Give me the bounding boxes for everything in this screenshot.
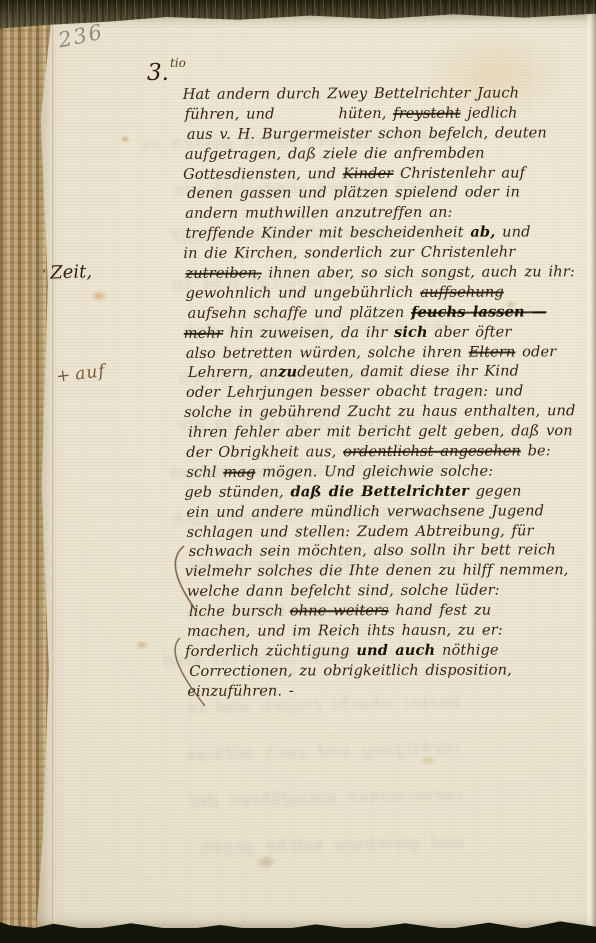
manuscript-line: ein und andere mündlich verwachsene Juge…: [186, 501, 588, 523]
ghost-line: und gleichwie solche gegen: [53, 819, 464, 875]
ghost-line: züchtigung und auch nöthige: [51, 725, 462, 781]
manuscript-line: andern muthwillen anzutreffen an:: [185, 202, 587, 224]
manuscript-line: schlagen und stellen: Zudem Abtreibung, …: [187, 521, 589, 543]
manuscript-line: oder Lehrjungen besser obacht tragen: un…: [186, 381, 588, 403]
manuscript-line: aufgetragen, daß ziele die anfrembden: [185, 143, 587, 165]
manuscript-line: aufsehn schaffe und plätzen feuchs lasse…: [188, 302, 588, 324]
manuscript-line: forderlich züchtigung und auch nöthige: [185, 640, 589, 662]
marginal-text: Zeit,: [50, 261, 93, 283]
manuscript-line: liche bursch ohne weiters hand fest zu: [189, 600, 589, 622]
manuscript-line: schl mag mögen. Und gleichwie solche:: [186, 461, 588, 483]
ghost-line: correctionen einzuführen der: [52, 772, 463, 828]
manuscript-scan: gehorsamb und deren gassen zudenen kirch…: [0, 0, 596, 943]
manuscript-line: Correctionen, zu obrigkeitlich dispositi…: [189, 660, 589, 682]
heading-base: 3.: [147, 60, 169, 86]
manuscript-line: vielmehr solches die Ihte denen zu hilff…: [185, 560, 589, 582]
page-right-edge: [585, 10, 596, 930]
manuscript-line: Hat andern durch Zwey Bettelrichter Jauc…: [183, 83, 587, 105]
heading-superscript: tio: [170, 56, 186, 70]
manuscript-line: solche in gebührend Zucht zu haus enthal…: [184, 401, 588, 423]
manuscript-line: einzuführen. -: [187, 680, 589, 702]
manuscript-line: zutreiben, ihnen aber, so sich songst, a…: [185, 262, 587, 284]
manuscript-line: treffende Kinder mit bescheidenheit ab, …: [185, 222, 587, 244]
marginal-mark: +: [55, 365, 73, 387]
manuscript-line: welche dann befelcht sind, solche lüder:: [187, 580, 589, 602]
manuscript-line: ihren fehler aber mit bericht gelt geben…: [188, 421, 588, 443]
manuscript-line: machen, und im Reich ihts hausn, zu er:: [187, 620, 589, 642]
manuscript-line: Lehrern, anzudeuten, damit diese ihr Kin…: [188, 362, 588, 384]
manuscript-line: denen gassen und plätzen spielend oder i…: [187, 183, 587, 205]
manuscript-line: gewohnlich und ungebührlich auffsehung: [186, 282, 588, 304]
manuscript-line: der Obrigkheit aus, ordentlichst angeseh…: [186, 441, 588, 463]
manuscript-line: geb stünden, daß die Bettelrichter gegen: [184, 481, 588, 503]
marginal-text: auf: [74, 361, 107, 385]
manuscript-line: in die Kirchen, sonderlich zur Christenl…: [183, 242, 587, 264]
section-heading: 3.tio: [147, 60, 185, 86]
manuscript-line: aus v. H. Burgermeister schon befelch, d…: [187, 123, 587, 145]
body-text: Hat andern durch Zwey Bettelrichter Jauc…: [185, 83, 590, 701]
marginal-note-zeit: ʻZeit,: [42, 261, 93, 284]
manuscript-line: also betretten würden, solche ihren Elte…: [186, 342, 588, 364]
marginal-mark: ʻ: [42, 268, 47, 283]
manuscript-line: führen, und hüten, freysteht jedlich: [185, 103, 587, 125]
manuscript-line: Gottesdiensten, und Kinder Christenlehr …: [183, 163, 587, 185]
manuscript-line: mehr hin zuweisen, da ihr sich aber öfte…: [184, 322, 588, 344]
manuscript-line: schwach sein möchten, also solln ihr bet…: [189, 541, 589, 563]
